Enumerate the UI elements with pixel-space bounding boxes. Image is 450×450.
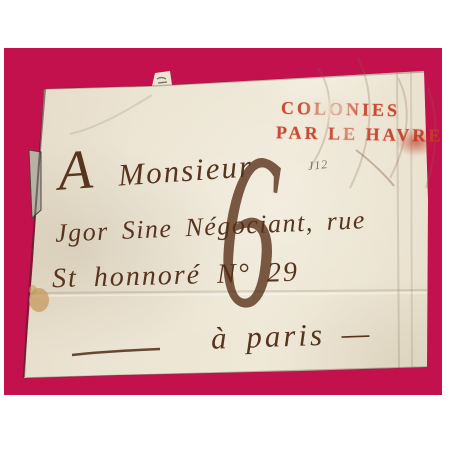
letter-photograph: COLONIES PAR LE HAVRE A Monsieur Jgor Si… bbox=[0, 0, 450, 450]
postmark-ink-smudge bbox=[396, 128, 436, 156]
tax-mark-6: 6 bbox=[193, 142, 305, 318]
postmark-line-colonies: COLONIES bbox=[281, 98, 400, 121]
pencil-annotation: J12 bbox=[307, 157, 329, 174]
tax-mark-numeral: 6 bbox=[216, 142, 283, 319]
